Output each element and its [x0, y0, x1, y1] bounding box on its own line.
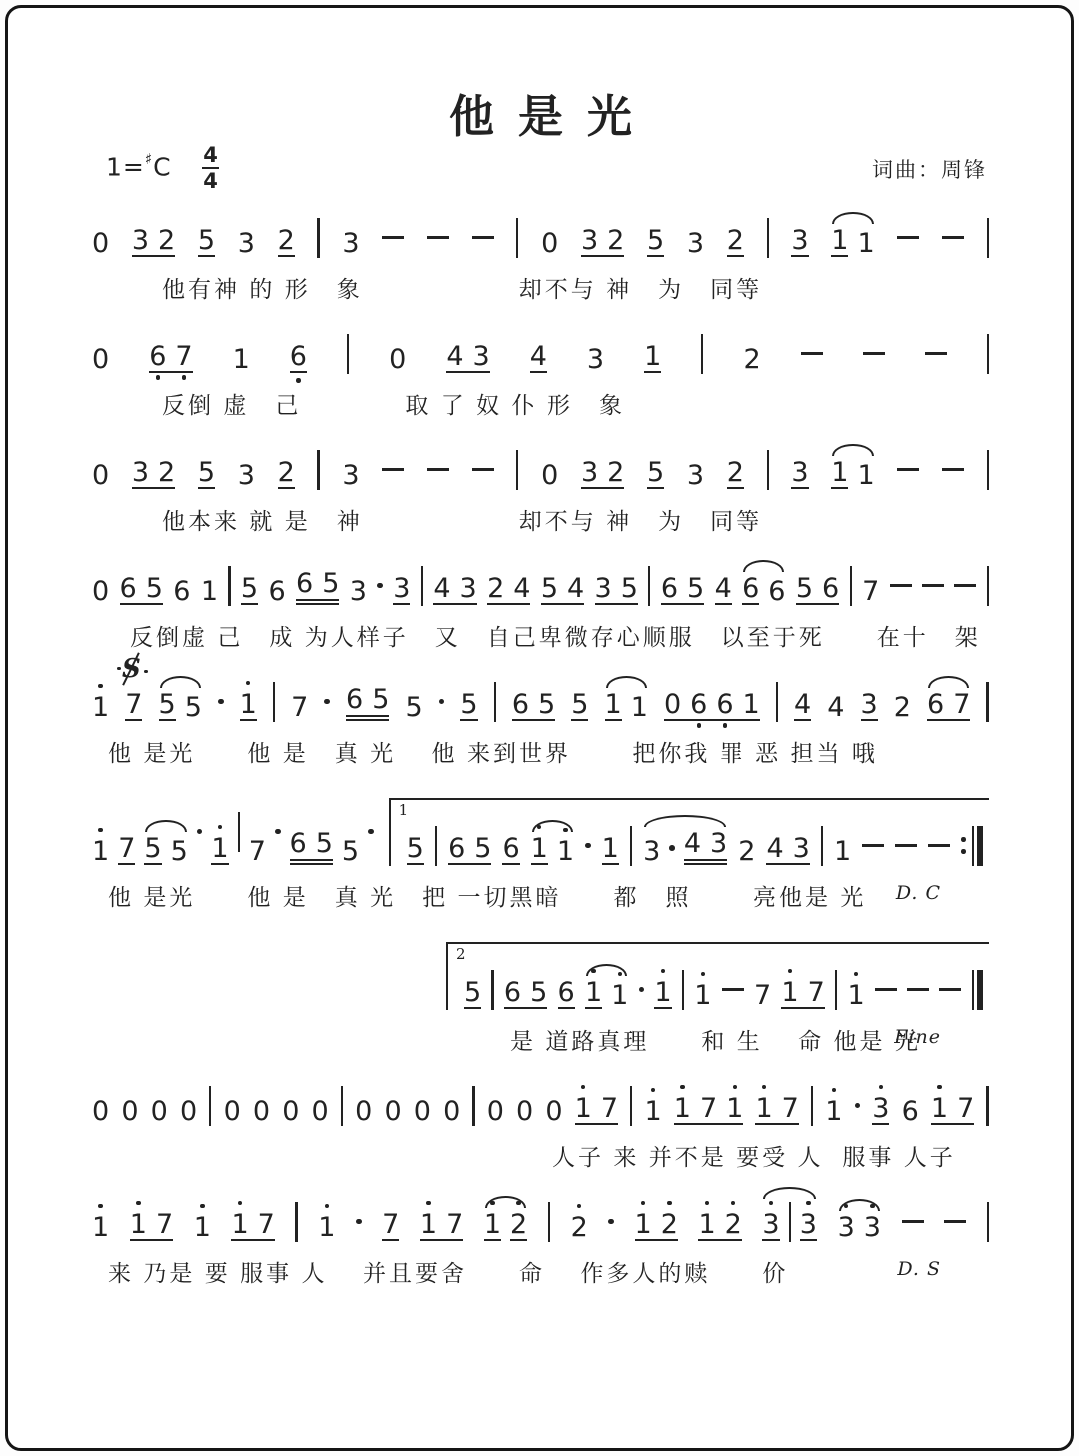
- barline: [494, 682, 496, 722]
- beam-group: 65: [346, 686, 389, 722]
- note-digit: 7: [446, 1211, 463, 1239]
- high-octave-dot: [641, 1201, 645, 1205]
- rest-note: 0: [312, 1098, 329, 1126]
- rest-note: 0: [355, 1098, 372, 1126]
- slur-group: 33: [762, 1202, 817, 1242]
- beam-group: 65: [512, 691, 555, 722]
- note-digit: 2: [510, 1211, 527, 1242]
- low-octave-dot: [723, 723, 727, 727]
- note-digit: 7: [808, 979, 825, 1007]
- barline: [767, 218, 769, 258]
- note-digit: 5: [621, 575, 638, 603]
- low-octave-dot: [156, 375, 160, 379]
- rest-note: 0: [541, 462, 558, 490]
- rest-note: 0: [253, 1098, 270, 1126]
- high-octave-dot: [769, 1201, 773, 1205]
- note-digit: 5: [687, 575, 704, 603]
- beam-group: 12: [698, 1211, 741, 1242]
- beam-group: 17: [931, 1095, 974, 1126]
- note-digit: 3: [791, 459, 808, 490]
- slur-arc: [763, 1187, 816, 1199]
- slur-group: 55: [144, 835, 187, 866]
- duration-dash: [382, 455, 404, 485]
- note-digit: 1: [698, 1211, 715, 1239]
- barline-thin: [767, 218, 769, 258]
- note-digit: 1: [834, 838, 851, 866]
- duration-dash: [897, 223, 919, 253]
- note-digit: 4: [827, 694, 844, 722]
- beam-group: 67: [149, 343, 192, 374]
- beam-group: 43: [684, 830, 727, 866]
- duration-dash: [472, 223, 494, 253]
- note-digit: 5: [171, 838, 188, 866]
- rest-note: 0: [389, 346, 406, 374]
- note-digit: 4: [530, 343, 547, 374]
- rest-note: 0: [541, 230, 558, 258]
- note-digit: 4: [446, 343, 463, 371]
- barline-thin: [317, 450, 319, 490]
- time-signature: 44: [202, 144, 219, 192]
- slur-group: 67: [927, 691, 970, 722]
- high-octave-dot: [136, 1201, 140, 1205]
- note-digit: 1: [644, 343, 661, 374]
- song-title: 他是光: [92, 92, 989, 142]
- barline: [630, 826, 632, 866]
- barline-thin: [273, 682, 275, 722]
- note-digit: 1: [602, 835, 619, 866]
- navigation-mark: D. S: [897, 1258, 941, 1280]
- note-digit: 4: [794, 691, 811, 722]
- duration-dash: [902, 1207, 924, 1237]
- note-digit: 5: [405, 694, 422, 722]
- note-digit: 3: [710, 830, 727, 858]
- high-octave-dot: [731, 1201, 735, 1205]
- note-digit: 3: [595, 575, 612, 603]
- rest-note: 0: [92, 462, 109, 490]
- high-octave-dot: [806, 1201, 810, 1205]
- note-digit: 7: [601, 1095, 618, 1123]
- augmentation-dot: [585, 831, 591, 861]
- high-octave-dot: [705, 1201, 709, 1205]
- barline: [789, 1202, 791, 1242]
- note-digit: 5: [316, 830, 333, 858]
- barline-thin: [209, 1086, 211, 1126]
- barline: [435, 826, 437, 866]
- note-digit: 1: [847, 982, 864, 1010]
- beam-group: 17: [231, 1211, 274, 1242]
- barline-thin: [987, 566, 989, 606]
- sheet-music-page: { "header": { "title": "他是光", "key_prefi…: [0, 0, 1079, 1456]
- rest-note: 0: [92, 1098, 109, 1126]
- duration-dash: [954, 571, 976, 601]
- barline: [421, 566, 423, 606]
- duration-dash: [942, 455, 964, 485]
- note-digit: 6: [149, 343, 166, 371]
- notes-row: 0325323032532311: [92, 426, 989, 503]
- barline-thin: [516, 218, 518, 258]
- note-digit: 2: [727, 227, 744, 258]
- note-digit: 6: [268, 578, 285, 606]
- rest-note: 0: [443, 1098, 460, 1126]
- note-digit: 5: [538, 691, 555, 719]
- augmentation-dot: [639, 975, 645, 1005]
- barline-thin: [341, 1086, 343, 1126]
- slur-group: 11: [831, 459, 874, 490]
- barline-thin: [972, 826, 974, 866]
- barline-thin: [789, 1202, 791, 1242]
- beam-group: 32: [132, 459, 175, 490]
- lyrics-row: 是 道路真理 和 生 命 他是 光Fine: [92, 1023, 989, 1059]
- note-digit: 1: [857, 462, 874, 490]
- note-digit: 3: [800, 1211, 817, 1242]
- lyrics-text: 他有神 的 形 象 却不与 神 为 同等: [92, 276, 762, 302]
- note-digit: 3: [581, 227, 598, 255]
- augmentation-dot: [855, 1091, 861, 1121]
- note-digit: 7: [754, 982, 771, 1010]
- low-octave-dot: [296, 378, 300, 382]
- slur-group: 55: [159, 691, 202, 722]
- note-digit: 1: [726, 1095, 743, 1123]
- note-digit: 3: [581, 459, 598, 487]
- duration-dash: [382, 223, 404, 253]
- high-octave-dot: [490, 1201, 494, 1205]
- note-digit: 1: [654, 979, 671, 1010]
- note-digit: 6: [742, 575, 759, 606]
- beam-group: 12: [635, 1211, 678, 1242]
- slur-arc: [160, 676, 201, 688]
- note-digit: 2: [743, 346, 760, 374]
- note-digit: 6: [296, 570, 313, 598]
- rest-note: 0: [92, 346, 109, 374]
- barline: [317, 450, 319, 490]
- low-octave-dot: [697, 723, 701, 727]
- barline: [850, 566, 852, 606]
- notation-line-4: 065615665334324543565466567反倒虚 己 成 为人样子 …: [92, 542, 989, 655]
- note-digit: 4: [513, 575, 530, 603]
- rest-note: 0: [516, 1098, 533, 1126]
- high-octave-dot: [200, 1204, 204, 1208]
- barline: [317, 218, 319, 258]
- notation-line-1: 0325323032532311他有神 的 形 象 却不与 神 为 同等: [92, 194, 989, 307]
- lyrics-row: 人子 来 并不是 要受 人 服事 人子: [92, 1139, 989, 1175]
- beam-group: 17: [575, 1095, 618, 1126]
- note-digit: 3: [350, 578, 367, 606]
- note-digit: 3: [132, 227, 149, 255]
- note-digit: 1: [857, 230, 874, 258]
- note-digit: 5: [530, 979, 547, 1007]
- beam-group: 32: [581, 459, 624, 490]
- note-digit: 6: [558, 979, 575, 1010]
- slur-arc: [145, 820, 186, 832]
- note-digit: 3: [791, 227, 808, 258]
- note-digit: 2: [158, 459, 175, 487]
- rest-note: 0: [664, 691, 681, 719]
- note-digit: 1: [420, 1211, 437, 1239]
- high-octave-dot: [577, 1204, 581, 1208]
- barline-thin: [767, 450, 769, 490]
- high-octave-dot: [218, 825, 222, 829]
- note-digit: 1: [611, 982, 628, 1010]
- note-digit: 5: [342, 838, 359, 866]
- meter-numerator: 4: [203, 144, 218, 166]
- beam-group: 65: [120, 575, 163, 606]
- note-digit: 7: [862, 578, 879, 606]
- beam-group: 65: [296, 570, 339, 606]
- note-digit: 1: [201, 578, 218, 606]
- beam-group: 17: [130, 1211, 173, 1242]
- lyrics-text: 反倒 虚 己 取 了 奴 仆 形 象: [92, 392, 625, 418]
- note-digit: 2: [278, 459, 295, 490]
- note-digit: 1: [575, 1095, 592, 1123]
- notes-row: 067160434312: [92, 310, 989, 387]
- note-digit: 6: [504, 979, 521, 1007]
- duration-dash: [922, 571, 944, 601]
- lyrics-row: 反倒 虚 己 取 了 奴 仆 形 象: [92, 387, 989, 423]
- notation-line-7: 2565611117171是 道路真理 和 生 命 他是 光Fine: [92, 918, 989, 1059]
- barline: [347, 334, 349, 374]
- note-digit: 7: [258, 1211, 275, 1239]
- high-octave-dot: [762, 1085, 766, 1089]
- note-digit: 5: [322, 570, 339, 598]
- barline-thin: [491, 970, 493, 1010]
- note-digit: 2: [725, 1211, 742, 1239]
- note-digit: 1: [585, 979, 602, 1010]
- lyrics-text: 他本来 就 是 神 却不与 神 为 同等: [92, 508, 762, 534]
- barline-thin: [238, 812, 240, 852]
- slur-group: 11: [585, 979, 628, 1010]
- barline: [491, 970, 493, 1010]
- high-octave-dot: [426, 1201, 430, 1205]
- note-digit: 6: [448, 835, 465, 863]
- notation-line-6: 175517655156561113432431他 是光 他 是 真 光 把 一…: [92, 774, 989, 915]
- notation-line-3: 0325323032532311他本来 就 是 神 却不与 神 为 同等: [92, 426, 989, 539]
- barline-thin: [648, 566, 650, 606]
- duration-dash: [890, 571, 912, 601]
- barline: [835, 970, 837, 1010]
- beam-group: 56: [796, 575, 839, 606]
- note-digit: 1: [130, 1211, 147, 1239]
- navigation-mark: Fine: [894, 1026, 941, 1048]
- barline-thin: [987, 450, 989, 490]
- barline: [630, 1086, 632, 1126]
- beam-group: 24: [487, 575, 530, 606]
- beam-group: 171: [674, 1095, 744, 1126]
- note-digit: 5: [372, 686, 389, 714]
- note-digit: 5: [464, 979, 481, 1010]
- lyrics-row: 他本来 就 是 神 却不与 神 为 同等: [92, 503, 989, 539]
- rest-note: 0: [414, 1098, 431, 1126]
- augmentation-dot: [324, 687, 330, 717]
- note-digit: 1: [694, 982, 711, 1010]
- note-digit: 3: [460, 575, 477, 603]
- lyrics-text: 来 乃是 要 服事 人 并且要舍 命 作多人的赎 价: [92, 1260, 788, 1286]
- note-digit: 3: [238, 462, 255, 490]
- notes-row: 2565611117171: [440, 918, 989, 1023]
- note-digit: 5: [241, 575, 258, 606]
- note-digit: 4: [684, 830, 701, 858]
- note-digit: 5: [796, 575, 813, 603]
- note-digit: 4: [567, 575, 584, 603]
- high-octave-dot: [98, 828, 102, 832]
- slur-arc: [832, 444, 873, 456]
- high-octave-dot: [98, 1204, 102, 1208]
- note-digit: 6: [512, 691, 529, 719]
- high-octave-dot: [98, 684, 102, 688]
- barline-thin: [986, 682, 988, 722]
- note-digit: 1: [631, 694, 648, 722]
- slur-group: 11: [531, 835, 574, 866]
- barline-thin: [987, 1202, 989, 1242]
- barline: [472, 1086, 474, 1126]
- beam-group: 43: [433, 575, 476, 606]
- note-digit: 1: [831, 459, 848, 490]
- rest-note: 0: [121, 1098, 138, 1126]
- note-digit: 5: [474, 835, 491, 863]
- beam-group: 0661: [664, 691, 760, 722]
- beam-group: 32: [581, 227, 624, 258]
- score-body: 0325323032532311他有神 的 形 象 却不与 神 为 同等0671…: [92, 194, 989, 1291]
- volta-number: 2: [456, 947, 466, 962]
- duration-dash: [942, 223, 964, 253]
- note-digit: 1: [644, 1098, 661, 1126]
- note-digit: 3: [342, 230, 359, 258]
- rest-note: 0: [151, 1098, 168, 1126]
- note-digit: 6: [716, 691, 733, 719]
- duration-dash: [427, 455, 449, 485]
- note-digit: 6: [502, 835, 519, 866]
- note-digit: 2: [727, 459, 744, 490]
- high-octave-dot: [325, 1204, 329, 1208]
- note-digit: 5: [185, 694, 202, 722]
- barline-thin: [435, 826, 437, 866]
- notes-row: 0000000000000001711711713617: [92, 1062, 989, 1139]
- repeat-dots: [961, 837, 966, 842]
- note-digit: 1: [484, 1211, 501, 1242]
- barline-thin: [630, 1086, 632, 1126]
- barline-thin: [472, 1086, 474, 1126]
- sharp-sign: ♯: [145, 150, 153, 168]
- note-digit: 2: [571, 1214, 588, 1242]
- note-digit: 5: [647, 227, 664, 258]
- barline-thin: [835, 970, 837, 1010]
- high-octave-dot: [581, 1085, 585, 1089]
- note-digit: 6: [290, 343, 307, 374]
- barline: [767, 450, 769, 490]
- lyrics-row: 他 是光 他 是 真 光 把 一切黑暗 都 照 亮他是 光D. C: [92, 879, 989, 915]
- note-digit: 2: [607, 459, 624, 487]
- note-digit: 7: [382, 1211, 399, 1242]
- augmentation-dot: [197, 817, 203, 847]
- barline-thin: [317, 218, 319, 258]
- rest-note: 0: [92, 578, 109, 606]
- note-digit: 1: [743, 691, 760, 719]
- note-digit: 1: [755, 1095, 772, 1123]
- duration-dash: [722, 975, 744, 1005]
- volta-number: 1: [399, 803, 409, 818]
- note-digit: 2: [607, 227, 624, 255]
- beam-group: 54: [541, 575, 584, 606]
- note-digit: 4: [766, 835, 783, 863]
- barline: [987, 218, 989, 258]
- note-digit: 6: [120, 575, 137, 603]
- duration-dash: [863, 339, 885, 369]
- note-digit: 1: [831, 227, 848, 258]
- duration-dash: [897, 455, 919, 485]
- note-digit: 5: [460, 691, 477, 722]
- barline-thin: [347, 334, 349, 374]
- barline: [648, 566, 650, 606]
- note-digit: 1: [194, 1214, 211, 1242]
- note-digit: 1: [92, 838, 109, 866]
- lyrics-text: 反倒虚 己 成 为人样子 又 自己卑微存心顺服 以至于死 在十 架: [92, 624, 981, 650]
- note-digit: 1: [233, 346, 250, 374]
- note-digit: 3: [393, 575, 410, 606]
- note-digit: 7: [700, 1095, 717, 1123]
- slur-arc: [928, 676, 969, 688]
- augmentation-dot: [439, 687, 445, 717]
- barline-thin: [295, 1202, 297, 1242]
- slur-group: 66: [742, 575, 785, 606]
- lyrics-text: 人子 来 并不是 要受 人 服事 人子: [92, 1144, 956, 1170]
- note-digit: 2: [894, 694, 911, 722]
- barline-thick: [977, 826, 983, 866]
- meter-denominator: 4: [203, 170, 218, 192]
- barline: [341, 1086, 343, 1126]
- augmentation-dot: [377, 571, 383, 601]
- rest-note: 0: [384, 1098, 401, 1126]
- note-digit: 6: [927, 691, 944, 719]
- note-digit: 3: [687, 462, 704, 490]
- note-digit: 3: [342, 462, 359, 490]
- barline-thin: [850, 566, 852, 606]
- duration-dash: [875, 975, 897, 1005]
- duration-dash: [472, 455, 494, 485]
- note-digit: 1: [92, 694, 109, 722]
- note-digit: 6: [173, 578, 190, 606]
- high-octave-dot: [788, 969, 792, 973]
- note-digit: 1: [635, 1211, 652, 1239]
- duration-dash: [427, 223, 449, 253]
- high-octave-dot: [879, 1085, 883, 1089]
- duration-dash: [895, 831, 917, 861]
- note-digit: 6: [768, 578, 785, 606]
- rest-note: 0: [180, 1098, 197, 1126]
- barline-thin: [228, 566, 230, 606]
- barline: [987, 334, 989, 374]
- duration-dash: [925, 339, 947, 369]
- note-digit: 2: [661, 1211, 678, 1239]
- note-digit: 3: [473, 343, 490, 371]
- note-digit: 7: [156, 1211, 173, 1239]
- note-digit: 6: [902, 1098, 919, 1126]
- high-octave-dot: [854, 972, 858, 976]
- note-digit: 1: [231, 1211, 248, 1239]
- augmentation-dot: [368, 817, 374, 847]
- note-digit: 7: [953, 691, 970, 719]
- barline: [682, 970, 684, 1010]
- duration-dash: [944, 1207, 966, 1237]
- barline-thin: [494, 682, 496, 722]
- note-digit: 6: [822, 575, 839, 603]
- barline: [986, 1086, 988, 1126]
- note-digit: 6: [346, 686, 363, 714]
- barline: [701, 334, 703, 374]
- lyrics-row: 反倒虚 己 成 为人样子 又 自己卑微存心顺服 以至于死 在十 架: [92, 619, 989, 655]
- augmentation-dot: [275, 817, 281, 847]
- notes-row: 175517655156561113432431: [92, 774, 989, 879]
- note-digit: 5: [407, 835, 424, 866]
- rest-note: 0: [92, 230, 109, 258]
